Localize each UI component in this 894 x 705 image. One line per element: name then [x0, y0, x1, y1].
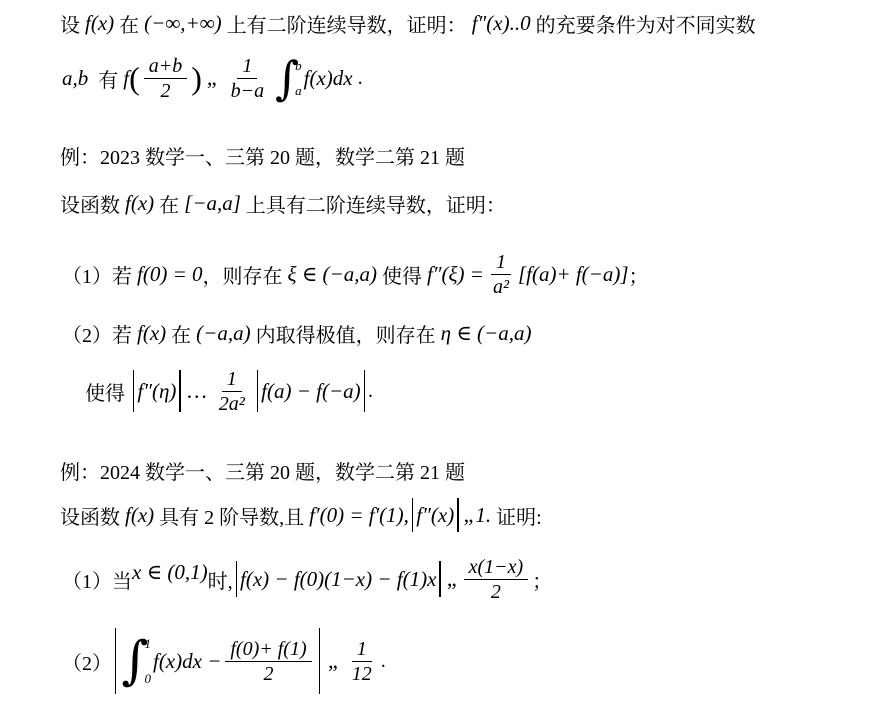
math-run: a,b [62, 66, 88, 91]
abs-bar [115, 628, 116, 694]
math-run: f′(0) = f′(1), [309, 503, 409, 528]
math-run: ξ ∈ (−a,a) [288, 262, 377, 287]
fraction-denominator: 2a² [214, 392, 250, 416]
fraction: 1 a² [488, 250, 514, 299]
formula-2023-part1: （1）若 f(0) = 0 ，则存在 ξ ∈ (−a,a) 使得 f″(ξ) =… [62, 243, 649, 305]
integral-lower-limit: a [295, 84, 302, 97]
fraction-denominator: b−a [226, 79, 270, 103]
text-run: 例：2023 数学一、三第 20 题，数学二第 21 题 [60, 141, 465, 170]
text-run: 上具有二阶连续导数，证明： [241, 189, 506, 218]
paragraph-2023-setup: 设函数 f(x) 在 [−a,a] 上具有二阶连续导数，证明： [60, 186, 506, 220]
example-heading-2023: 例：2023 数学一、三第 20 题，数学二第 21 题 [60, 140, 465, 170]
relation-symbol: „ [328, 648, 338, 674]
text-run: 当 [112, 565, 132, 594]
text-run: 时, [208, 565, 233, 594]
text-run: 设 [60, 9, 85, 38]
text-run: 在 [166, 319, 196, 348]
text-run: 设函数 [60, 501, 125, 530]
abs-bar [364, 370, 365, 412]
abs-bar [457, 498, 458, 532]
math-run: f(x) [137, 321, 166, 346]
fraction-numerator: 1 [352, 637, 372, 662]
abs-bar [412, 498, 413, 532]
text-run: （2） [62, 647, 112, 676]
math-run: 1. [475, 503, 491, 528]
paragraph-2024-setup: 设函数 f(x) 具有 2 阶导数,且 f′(0) = f′(1), f″(x)… [60, 496, 542, 534]
text-run: ； [629, 260, 649, 289]
math-run: f(x) [125, 191, 154, 216]
integral: ∫ b a [275, 55, 301, 101]
math-run: (−a,a) [196, 321, 250, 346]
text-run: 内取得极值，则存在 [251, 319, 441, 348]
text-run: 证明: [491, 501, 542, 530]
math-run: [f(a)+ f(−a)] [518, 262, 629, 287]
integral-lower-limit: 0 [144, 672, 151, 685]
text-run: （1）若 [62, 260, 137, 289]
abs-bar [439, 561, 440, 597]
integral-upper-limit: b [295, 59, 302, 72]
abs-bar [133, 370, 134, 412]
text-run: ； [532, 565, 552, 594]
formula-2024-part1: （1） 当 x ∈ (0,1) 时, f(x) − f(0)(1−x) − f(… [62, 550, 552, 608]
abs-bar [236, 561, 237, 597]
text-run: . [353, 67, 363, 90]
formula-2024-part2: （2） ∫ 1 0 f(x)dx − f(0)+ f(1) 2 „ 1 12 . [62, 625, 386, 697]
fraction: x(1−x) 2 [464, 555, 529, 604]
text-run: 在 [154, 189, 184, 218]
text-run: 的充要条件为对不同实数 [531, 9, 756, 38]
text-run: 具有 2 阶导数,且 [154, 501, 309, 530]
math-run: x ∈ (0,1) [132, 560, 208, 585]
text-run: （1） [62, 565, 112, 594]
paragraph-2023-part2: （2）若 f(x) 在 (−a,a) 内取得极值，则存在 η ∈ (−a,a) [62, 315, 531, 351]
integral-upper-limit: 1 [144, 637, 151, 650]
close-paren: ) [191, 62, 202, 94]
fraction-denominator: a² [488, 275, 514, 299]
text-run: 例：2024 数学一、三第 20 题，数学二第 21 题 [60, 456, 465, 485]
relation-symbol: „ [464, 502, 474, 528]
text-run: ，则存在 [203, 260, 288, 289]
math-run: f″(x) [416, 503, 454, 528]
fraction-numerator: 1 [491, 250, 511, 275]
integral-limits: b a [295, 56, 302, 100]
abs-bar [179, 370, 180, 412]
relation-symbol: … [186, 378, 208, 404]
text-run: （2）若 [62, 319, 137, 348]
math-run: f″(η) [137, 379, 176, 404]
fraction: 1 12 [347, 637, 377, 686]
fraction-denominator: 12 [347, 662, 377, 686]
text-run: 上有二阶连续导数，证明： [222, 9, 472, 38]
paragraph-problem-statement: 设 f(x) 在 (−∞,+∞) 上有二阶连续导数，证明： f″(x)..0 的… [60, 6, 756, 40]
fraction-denominator: 2 [259, 662, 279, 686]
math-run: η ∈ (−a,a) [441, 321, 532, 346]
math-run: (−∞,+∞) [144, 11, 222, 36]
integral: ∫ 1 0 [121, 634, 151, 688]
math-run: f(x) − f(0)(1−x) − f(1)x [240, 567, 436, 592]
fraction-numerator: a+b [144, 54, 188, 79]
math-run: [−a,a] [184, 191, 241, 216]
fraction-numerator: x(1−x) [464, 555, 529, 580]
formula-midpoint-inequality: a,b 有 f ( a+b 2 ) „ 1 b−a ∫ b a f(x)dx . [62, 46, 363, 110]
fraction: 1 2a² [214, 367, 250, 416]
fraction-numerator: 1 [222, 367, 242, 392]
document-page: 设 f(x) 在 (−∞,+∞) 上有二阶连续导数，证明： f″(x)..0 的… [0, 0, 894, 705]
fraction-numerator: f(0)+ f(1) [225, 637, 311, 662]
text-run: 设函数 [60, 189, 125, 218]
abs-bar [319, 628, 320, 694]
math-run: f(x)dx − [153, 649, 221, 674]
relation-symbol: „ [447, 566, 457, 592]
math-run: f(0) = 0 [137, 262, 203, 287]
math-run: f(x) [85, 11, 114, 36]
math-run: f(x) [125, 503, 154, 528]
fraction: 1 b−a [226, 54, 270, 103]
integral-limits: 1 0 [144, 634, 151, 688]
relation-symbol: „ [207, 65, 217, 91]
text-run: . [368, 380, 373, 403]
text-run: 在 [114, 9, 144, 38]
fraction-denominator: 2 [156, 79, 176, 103]
text-run: 使得 [377, 260, 427, 289]
fraction: a+b 2 [144, 54, 188, 103]
text-run: 有 [88, 64, 123, 93]
math-run: f(x)dx [304, 66, 353, 91]
fraction: f(0)+ f(1) 2 [225, 637, 311, 686]
math-run: f″(x)..0 [472, 11, 531, 36]
formula-2023-part2: 使得 f″(η) … 1 2a² f(a) − f(−a) . [85, 362, 373, 420]
text-run: . [381, 650, 386, 673]
math-run: f(a) − f(−a) [261, 379, 360, 404]
fraction-denominator: 2 [486, 580, 506, 604]
fraction-numerator: 1 [237, 54, 257, 79]
open-paren: ( [129, 62, 140, 94]
abs-bar [257, 370, 258, 412]
example-heading-2024: 例：2024 数学一、三第 20 题，数学二第 21 题 [60, 455, 465, 485]
math-run: f″(ξ) = [427, 262, 484, 287]
text-run: 使得 [85, 377, 130, 406]
